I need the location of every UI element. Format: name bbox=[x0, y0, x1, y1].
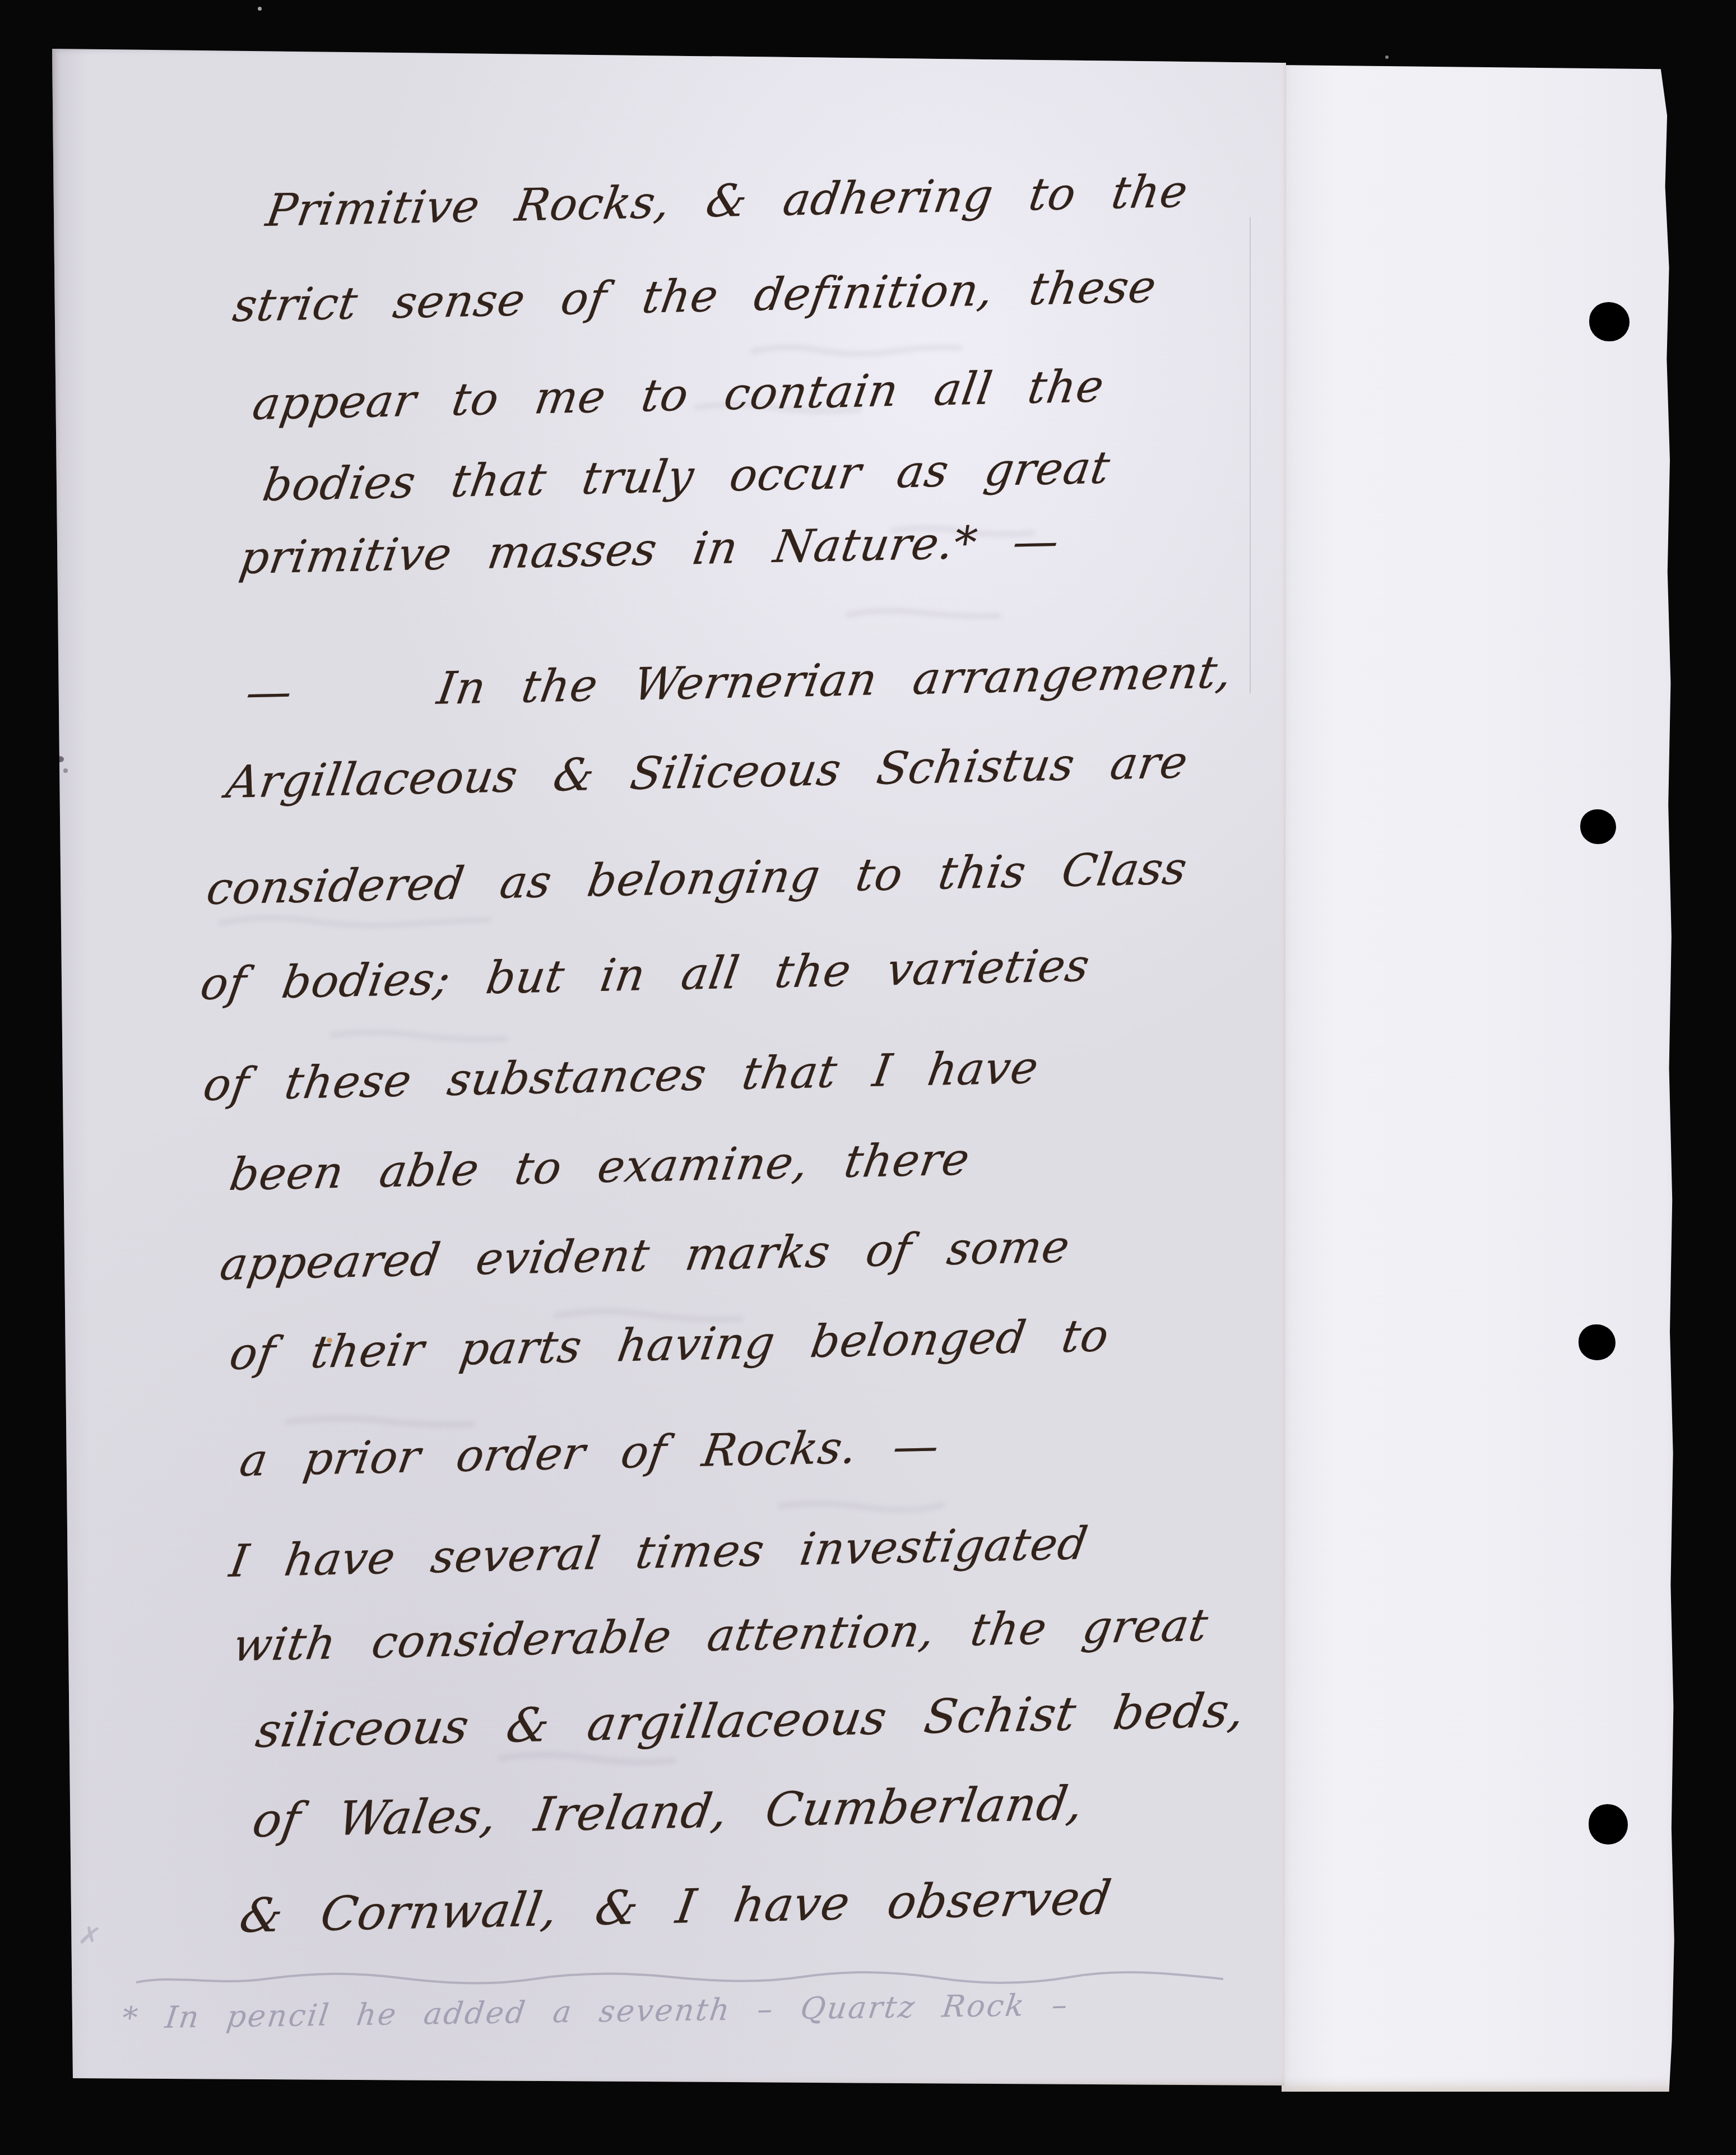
backing-sheet bbox=[1282, 65, 1677, 2092]
dust-speck bbox=[258, 7, 262, 11]
page-edge-crease bbox=[1250, 217, 1251, 693]
punch-hole bbox=[1589, 302, 1630, 341]
photo-background: Primitive Rocks, & adhering to the stric… bbox=[0, 0, 1736, 2155]
punch-hole bbox=[1589, 1804, 1628, 1845]
manuscript-page: Primitive Rocks, & adhering to the stric… bbox=[52, 49, 1288, 2089]
punch-hole bbox=[1580, 809, 1616, 844]
ink-speck bbox=[55, 756, 64, 762]
dust-speck bbox=[1385, 55, 1389, 59]
punch-hole bbox=[1579, 1324, 1616, 1360]
ink-speck bbox=[63, 768, 68, 773]
